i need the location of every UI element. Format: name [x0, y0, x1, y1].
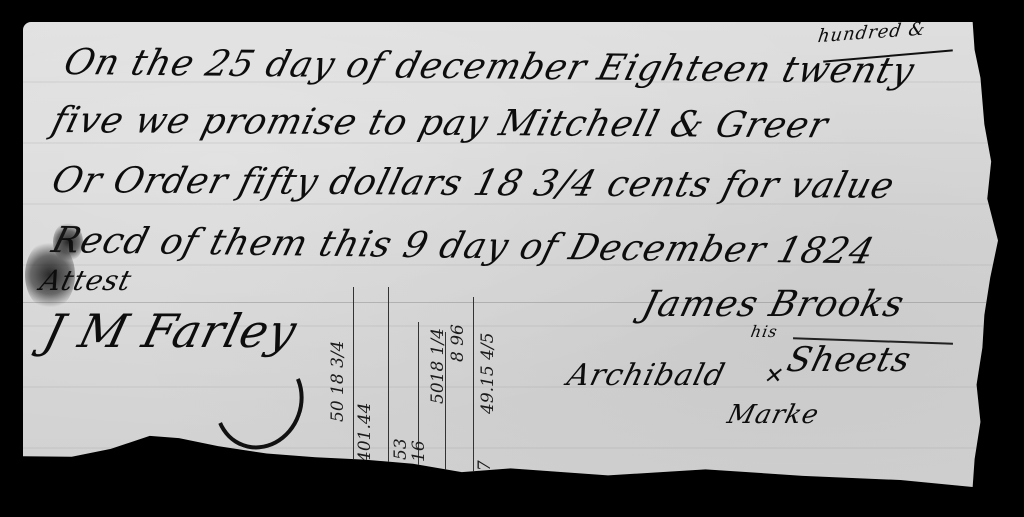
- calc-value: 8 96: [448, 324, 468, 362]
- calc-value: 53: [391, 438, 411, 460]
- scanned-document: hundred & On the 25 day of december Eigh…: [0, 0, 1024, 517]
- calc-rule: [473, 297, 474, 482]
- interlineation-text: hundred &: [817, 22, 928, 47]
- signature-archibald: Archibald: [564, 358, 729, 393]
- body-line-1: On the 25 day of december Eighteen twent…: [60, 42, 919, 92]
- calc-value: 16: [409, 440, 429, 462]
- signature-sheets: Sheets: [783, 340, 916, 380]
- calc-value: 5018 1/4: [428, 328, 448, 404]
- mark-label: Marke: [724, 400, 822, 430]
- calc-rule: [388, 287, 389, 487]
- signature-james-brooks: James Brooks: [638, 284, 909, 325]
- body-line-4: Recd of them this 9 day of December 1824: [48, 220, 879, 272]
- attest-label: Attest: [37, 264, 136, 297]
- calc-value: 57: [475, 460, 495, 482]
- witness-signature: J M Farley: [38, 304, 302, 358]
- body-line-3: Or Order fifty dollars 18 3/4 cents for …: [48, 160, 899, 207]
- calc-value: 50 18 3/4: [328, 341, 348, 422]
- calc-value: 49.15 4/5: [478, 333, 498, 414]
- body-line-2: five we promise to pay Mitchell & Greer: [48, 100, 833, 146]
- ink-smudge: [53, 222, 83, 262]
- paper-sheet: hundred & On the 25 day of december Eigh…: [23, 22, 998, 487]
- signature-flourish: [201, 340, 317, 462]
- calc-value: 401.44: [355, 403, 375, 462]
- calc-rule: [353, 287, 354, 487]
- mark-x-icon: ✕: [763, 364, 782, 389]
- his-label: his: [749, 322, 779, 341]
